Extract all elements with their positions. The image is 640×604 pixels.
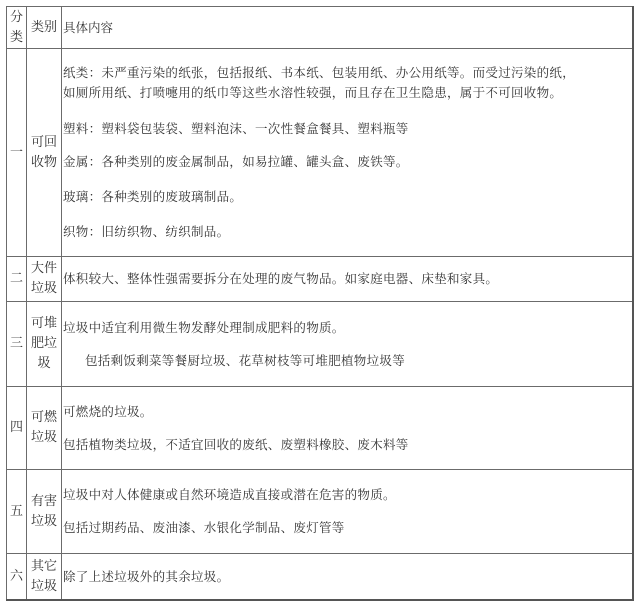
content-line: 如厕所用纸、打喷嚏用的纸巾等这些水溶性较强，而且存在卫生隐患，属于不可回收物。	[63, 83, 632, 103]
header-category: 类别	[27, 7, 62, 49]
waste-classification-table: 分类 类别 具体内容 一 可回收物 纸类：未严重污染的纸张，包括报纸、书本纸、包…	[6, 6, 634, 601]
content-line: 塑料：塑料袋包装袋、塑料泡沫、一次性餐盒餐具、塑料瓶等	[63, 119, 632, 139]
row-category: 可堆肥垃圾	[27, 302, 62, 387]
row-content: 垃圾中适宜利用微生物发酵处理制成肥料的物质。 包括剩饭剩菜等餐厨垃圾、花草树枝等…	[62, 302, 634, 387]
content-line: 垃圾中适宜利用微生物发酵处理制成肥料的物质。	[63, 318, 632, 338]
row-content: 纸类：未严重污染的纸张，包括报纸、书本纸、包装用纸、办公用纸等。而受过污染的纸，…	[62, 49, 634, 257]
row-number: 三	[7, 302, 27, 387]
row-number: 六	[7, 554, 27, 601]
row-content: 可燃烧的垃圾。 包括植物类垃圾，不适宜回收的废纸、废塑料橡胶、废木料等	[62, 387, 634, 470]
content-line: 可燃烧的垃圾。	[63, 402, 632, 422]
content-line: 除了上述垃圾外的其余垃圾。	[63, 567, 632, 587]
content-line: 玻璃：各种类别的废玻璃制品。	[63, 187, 632, 207]
row-category: 大件垃圾	[27, 257, 62, 302]
row-number: 四	[7, 387, 27, 470]
row-content: 垃圾中对人体健康或自然环境造成直接或潜在危害的物质。 包括过期药品、废油漆、水银…	[62, 470, 634, 554]
row-number: 一	[7, 49, 27, 257]
content-line: 包括剩饭剩菜等餐厨垃圾、花草树枝等可堆肥植物垃圾等	[63, 351, 632, 371]
row-category: 可燃垃圾	[27, 387, 62, 470]
content-line: 包括过期药品、废油漆、水银化学制品、废灯管等	[63, 518, 632, 538]
content-line: 金属：各种类别的废金属制品，如易拉罐、罐头盒、废铁等。	[63, 152, 632, 172]
table-row: 四 可燃垃圾 可燃烧的垃圾。 包括植物类垃圾，不适宜回收的废纸、废塑料橡胶、废木…	[7, 387, 634, 470]
table-row: 一 可回收物 纸类：未严重污染的纸张，包括报纸、书本纸、包装用纸、办公用纸等。而…	[7, 49, 634, 257]
row-category: 有害垃圾	[27, 470, 62, 554]
row-category: 其它垃圾	[27, 554, 62, 601]
content-line: 体积较大、整体性强需要拆分在处理的废气物品。如家庭电器、床垫和家具。	[63, 269, 632, 289]
row-number: 五	[7, 470, 27, 554]
table-row: 二 大件垃圾 体积较大、整体性强需要拆分在处理的废气物品。如家庭电器、床垫和家具…	[7, 257, 634, 302]
table-row: 五 有害垃圾 垃圾中对人体健康或自然环境造成直接或潜在危害的物质。 包括过期药品…	[7, 470, 634, 554]
row-content: 除了上述垃圾外的其余垃圾。	[62, 554, 634, 601]
header-content: 具体内容	[62, 7, 634, 49]
row-content: 体积较大、整体性强需要拆分在处理的废气物品。如家庭电器、床垫和家具。	[62, 257, 634, 302]
row-number: 二	[7, 257, 27, 302]
content-line: 包括植物类垃圾，不适宜回收的废纸、废塑料橡胶、废木料等	[63, 435, 632, 455]
table-row: 三 可堆肥垃圾 垃圾中适宜利用微生物发酵处理制成肥料的物质。 包括剩饭剩菜等餐厨…	[7, 302, 634, 387]
table-header-row: 分类 类别 具体内容	[7, 7, 634, 49]
header-classification: 分类	[7, 7, 27, 49]
content-line: 纸类：未严重污染的纸张，包括报纸、书本纸、包装用纸、办公用纸等。而受过污染的纸，	[63, 63, 632, 83]
content-line: 垃圾中对人体健康或自然环境造成直接或潜在危害的物质。	[63, 485, 632, 505]
content-line: 织物：旧纺织物、纺织制品。	[63, 222, 632, 242]
table-row: 六 其它垃圾 除了上述垃圾外的其余垃圾。	[7, 554, 634, 601]
row-category: 可回收物	[27, 49, 62, 257]
